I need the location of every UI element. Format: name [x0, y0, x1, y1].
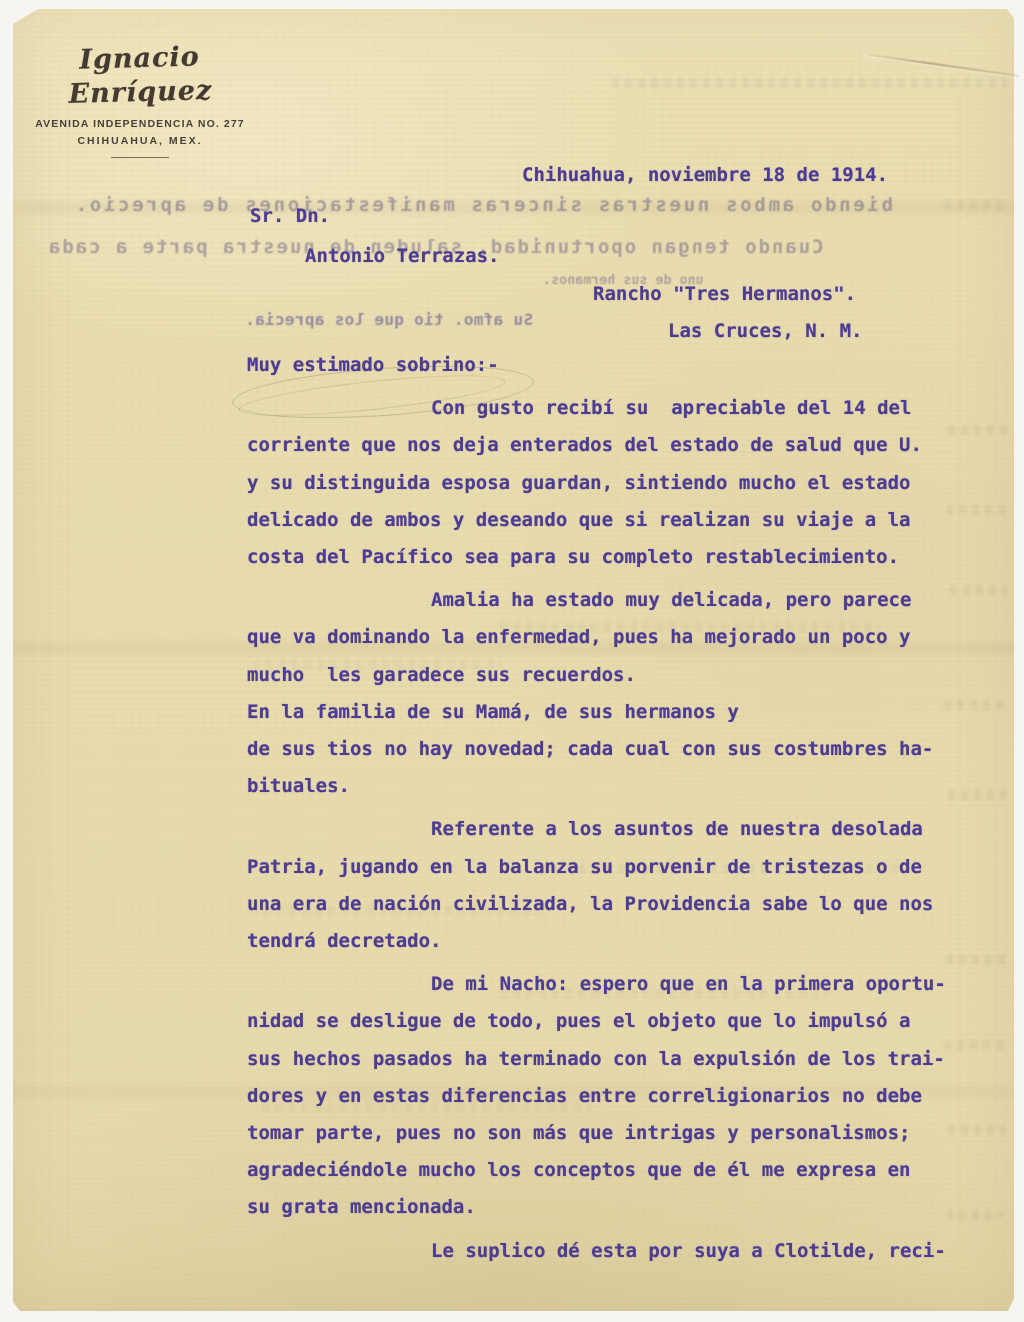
letter-line: y su distinguida esposa guardan, sintien… [247, 465, 957, 502]
letterhead-city: CHIHUAHUA, MEX. [23, 135, 257, 147]
ink-smudge [612, 78, 1008, 88]
scan-background: { "letterhead": { "name": "Ignacio Enríq… [0, 0, 1024, 1322]
recipient-city: Las Cruces, N. M. [668, 320, 862, 342]
letterhead-rule [111, 157, 169, 158]
letterhead-script-name: Ignacio Enríquez [22, 39, 258, 113]
letter-line: su grata mencionada. [247, 1189, 957, 1226]
letter-line: nidad se desligue de todo, pues el objet… [247, 1003, 957, 1040]
letter-line: agradeciéndole mucho los conceptos que d… [247, 1152, 957, 1189]
letter-line: Le suplico dé esta por suya a Clotilde, … [247, 1233, 957, 1270]
letter-line: Con gusto recibí su apreciable del 14 de… [247, 390, 957, 427]
letter-line: bituales. [247, 768, 957, 805]
letter-line: que va dominando la enfermedad, pues ha … [247, 619, 957, 656]
letter-line: Muy estimado sobrino:- [247, 347, 957, 384]
letter-line: costa del Pacífico sea para su completo … [247, 539, 957, 576]
letter-line: tomar parte, pues no son más que intriga… [247, 1115, 957, 1152]
ghost-text-line: Su afmo. tio que los aprecia. [245, 310, 533, 329]
recipient-prefix: Sr. Dn. [250, 205, 330, 227]
letter-line: una era de nación civilizada, la Provide… [247, 886, 957, 923]
letter-line: Patria, jugando en la balanza su porveni… [247, 849, 957, 886]
letter-line: corriente que nos deja enterados del est… [247, 427, 957, 464]
letter-line: dores y en estas diferencias entre corre… [247, 1078, 957, 1115]
letter-line: En la familia de su Mamá, de sus hermano… [247, 694, 957, 731]
letterhead: Ignacio Enríquez AVENIDA INDEPENDENCIA N… [23, 42, 257, 158]
ink-smudge [950, 585, 1008, 595]
letter-line: Amalia ha estado muy delicada, pero pare… [247, 582, 957, 619]
letter-line: De mi Nacho: espero que en la primera op… [247, 966, 957, 1003]
letter-line: de sus tios no hay novedad; cada cual co… [247, 731, 957, 768]
letter-line: Referente a los asuntos de nuestra desol… [247, 811, 957, 848]
letterhead-address: AVENIDA INDEPENDENCIA NO. 277 [23, 118, 257, 130]
recipient-name: Antonio Terrazas. [305, 245, 499, 267]
ink-smudge [944, 200, 1010, 210]
letter-line: tendrá decretado. [247, 923, 957, 960]
recipient-ranch: Rancho "Tres Hermanos". [593, 283, 856, 305]
letter-line: mucho les garadece sus recuerdos. [247, 657, 957, 694]
ghost-text-line: biendo ambos nuestras sinceras manifesta… [73, 194, 893, 216]
ink-smudge [948, 425, 1008, 435]
letter-line: delicado de ambos y deseando que si real… [247, 502, 957, 539]
dateline: Chihuahua, noviembre 18 de 1914. [522, 164, 888, 186]
letter-body: Muy estimado sobrino:- Con gusto recibí … [247, 347, 957, 1270]
letter-line: sus hechos pasados ha terminado con la e… [247, 1041, 957, 1078]
